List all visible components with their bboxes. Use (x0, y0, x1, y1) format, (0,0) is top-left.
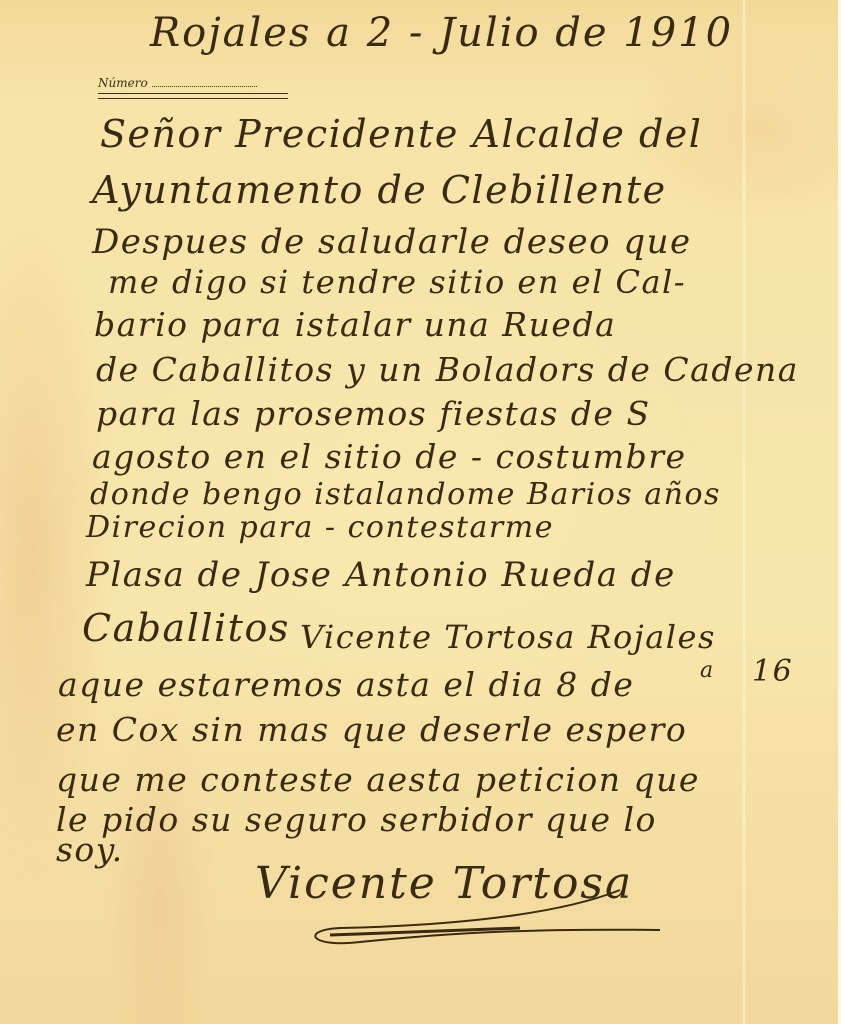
insertion-number: 16 (752, 654, 793, 689)
letter-line-4: me digo si tendre sitio en el Cal- (108, 263, 686, 301)
letter-line-3: Despues de saludarle deseo que (92, 222, 692, 262)
insertion-superscript: a (700, 658, 715, 683)
letter-line-12b: Vicente Tortosa Rojales (300, 618, 716, 656)
letter-line-2: Ayuntamento de Clebillente (92, 168, 667, 212)
letter-line-14: en Cox sin mas que deserle espero (56, 710, 687, 749)
letter-line-10: Direcion para - contestarme (86, 510, 554, 545)
numero-value-line (152, 86, 257, 87)
letter-line-7: para las prosemos fiestas de S (96, 394, 651, 433)
letter-line-17: soy. (56, 830, 124, 869)
numero-field: Número (98, 76, 288, 99)
letter-line-9: donde bengo istalandome Barios años (90, 477, 721, 512)
double-rule-divider (98, 93, 288, 99)
letter-line-15: que me conteste aesta peticion que (56, 760, 700, 799)
letter-line-1: Señor Precidente Alcalde del (100, 112, 702, 156)
letter-line-16: le pido su seguro serbidor que lo (56, 800, 657, 839)
letter-line-5: bario para istalar una Rueda (94, 305, 616, 344)
numero-label: Número (98, 76, 148, 90)
letter-line-13: aque estaremos asta el dia 8 de (58, 665, 634, 704)
letter-line-11: Plasa de Jose Antonio Rueda de (86, 555, 676, 595)
letter-line-8: agosto en el sitio de - costumbre (92, 437, 687, 476)
signature-flourish-icon (300, 880, 660, 950)
letter-line-6: de Caballitos y un Boladors de Cadena (96, 350, 799, 389)
place-date-line: Rojales a 2 - Julio de 1910 (150, 10, 733, 56)
paper-fold-crease (742, 0, 746, 1024)
letter-line-12: Caballitos (82, 606, 290, 650)
